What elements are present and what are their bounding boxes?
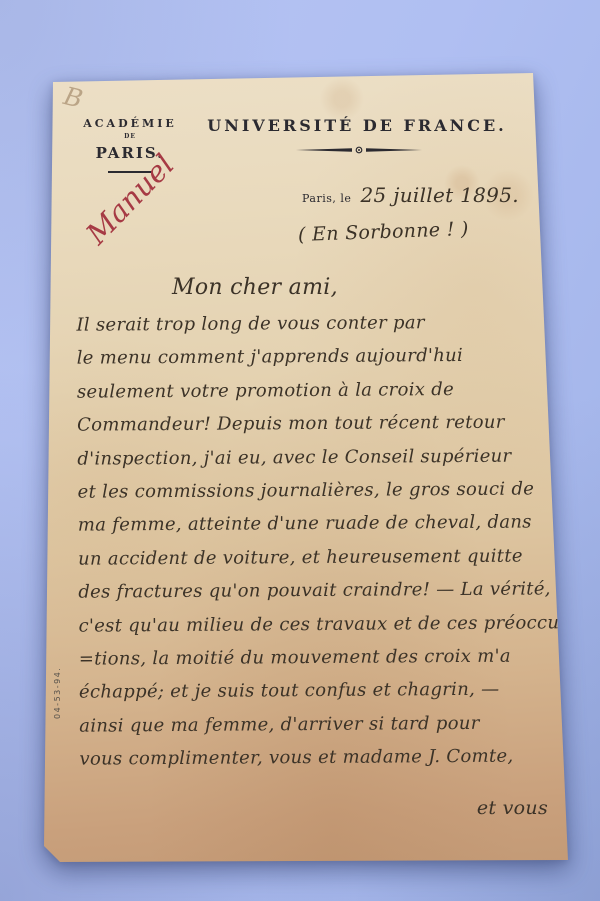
imprint-code: 04-53-94. <box>53 667 62 719</box>
letter-line: =tions, la moitié du mouvement des croix… <box>79 645 553 682</box>
letter-line: des fractures qu'on pouvait craindre! — … <box>78 578 552 615</box>
letter-line: seulement votre promotion à la croix de <box>77 378 551 415</box>
letter-line: ma femme, atteinte d'une ruade de cheval… <box>78 512 552 549</box>
salutation: Mon cher ami, <box>172 275 338 300</box>
letter-line: le menu comment j'apprends aujourd'hui <box>77 345 551 382</box>
letter-line: échappé; et je suis tout confus et chagr… <box>79 679 553 716</box>
paper-shadow: B ACADÉMIE DE PARIS. Manuel UNIVERSITÉ D… <box>0 0 600 901</box>
letter-line: d'inspection, j'ai eu, avec le Conseil s… <box>77 445 551 482</box>
letter-body: Il serait trop long de vous conter par l… <box>76 311 553 782</box>
letter-line: Commandeur! Depuis mon tout récent retou… <box>77 412 551 449</box>
printed-date-prefix: Paris, le <box>302 192 351 205</box>
letter-line: Il serait trop long de vous conter par <box>76 311 550 348</box>
letter-line: vous complimenter, vous et madame J. Com… <box>79 745 553 782</box>
letter-paper: B ACADÉMIE DE PARIS. Manuel UNIVERSITÉ D… <box>42 71 570 864</box>
academy-name: ACADÉMIE <box>78 117 182 130</box>
letter-line: ainsi que ma femme, d'arriver si tard po… <box>79 712 553 749</box>
closing-line: et vous <box>477 797 548 819</box>
dateline: Paris, le 25 juillet 1895. <box>302 183 519 207</box>
letter-line: et les commissions journalières, le gros… <box>78 478 552 515</box>
university-title: UNIVERSITÉ DE FRANCE. <box>202 116 512 135</box>
sorbonne-note: ( En Sorbonne ! ) <box>298 218 469 246</box>
pencil-mark: B <box>61 81 86 114</box>
academy-de: DE <box>78 133 182 140</box>
handwritten-date: 25 juillet 1895. <box>361 183 519 207</box>
letter-line: c'est qu'au milieu de ces travaux et de … <box>78 612 552 649</box>
header-flourish-icon <box>294 145 424 155</box>
letter-line: un accident de voiture, et heureusement … <box>78 545 552 582</box>
photo-backdrop: B ACADÉMIE DE PARIS. Manuel UNIVERSITÉ D… <box>0 0 600 901</box>
